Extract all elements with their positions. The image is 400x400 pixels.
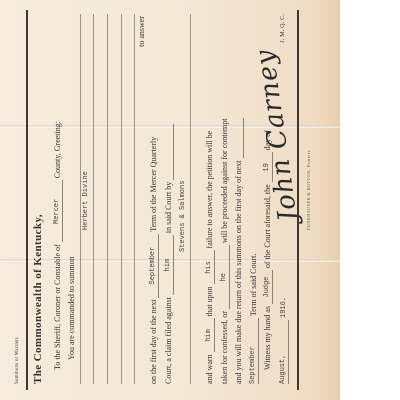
document-heading: The Commonwealth of Kentucky, bbox=[33, 0, 43, 384]
warning-pronoun-field: him bbox=[204, 318, 215, 352]
return-month-field: September bbox=[248, 318, 259, 384]
plaintiff-name: Stevens & Salmons bbox=[178, 0, 188, 252]
warning-text: will be proceeded against for contempt bbox=[220, 119, 229, 244]
county-field: Mercer bbox=[52, 180, 63, 242]
blank-rule bbox=[107, 14, 108, 384]
address-prefix: To the Sheriff, Coroner or Constable of bbox=[53, 244, 62, 370]
printer-imprint: FUNKHAUSER & BUTTON, Printers bbox=[304, 0, 314, 230]
warning-line-1: and warn him that upon his failure to an… bbox=[204, 0, 215, 384]
blank-field bbox=[243, 118, 244, 158]
claim-line: Court, a claim filed against him in said… bbox=[163, 0, 174, 384]
top-rule bbox=[26, 10, 28, 390]
appearance-prefix: on the first day of the next bbox=[149, 300, 158, 384]
warning-text: and warn bbox=[205, 354, 214, 384]
warning-text: taken for confessed, or bbox=[220, 311, 229, 384]
address-line: To the Sheriff, Coroner or Constable of … bbox=[52, 0, 63, 370]
blank-rule bbox=[93, 14, 94, 384]
warning-pronoun-field: his bbox=[204, 250, 215, 284]
bottom-rule bbox=[297, 10, 299, 390]
command-line: You are commanded to summon bbox=[67, 0, 77, 360]
warning-line-3: and you will make due return of this sum… bbox=[234, 0, 244, 384]
blank-rule bbox=[134, 14, 135, 384]
defendant-name: Herbert Divine bbox=[81, 0, 91, 230]
witness-text: Witness my hand as bbox=[263, 306, 272, 370]
warning-text: that upon bbox=[205, 286, 214, 316]
address-suffix: County, Greeting: bbox=[53, 121, 62, 178]
warning-line-2: taken for confessed, or he will be proce… bbox=[219, 0, 230, 384]
appearance-month-field: September bbox=[148, 234, 159, 298]
warning-pronoun-field: he bbox=[219, 245, 230, 309]
signature-title: J. M. Q. C. bbox=[278, 14, 288, 43]
claim-pronoun-field: him bbox=[163, 235, 174, 295]
date-year: 1916. bbox=[280, 297, 288, 318]
witness-title-field: Judge bbox=[262, 270, 273, 304]
blank-rule bbox=[190, 14, 191, 384]
form-type-label: Summons or Warrant. bbox=[13, 0, 23, 384]
date-month-field: August, bbox=[278, 320, 289, 384]
to-answer-text: to answer bbox=[137, 16, 147, 47]
return-term-text: Term of said Court. bbox=[249, 254, 258, 317]
claim-prefix: Court, a claim filed against bbox=[164, 297, 173, 384]
summons-document: Summons or Warrant. The Commonwealth of … bbox=[0, 0, 340, 400]
appearance-line: on the first day of the next September T… bbox=[148, 0, 159, 384]
claim-suffix: in said Court by bbox=[164, 182, 173, 233]
blank-rule bbox=[121, 14, 122, 384]
blank-field bbox=[173, 124, 174, 180]
appearance-term-text: Term of the Mercer Quarterly bbox=[149, 137, 158, 232]
warning-text: and you will make due return of this sum… bbox=[234, 160, 243, 384]
warning-text: failure to answer, the petition will be bbox=[205, 131, 214, 249]
